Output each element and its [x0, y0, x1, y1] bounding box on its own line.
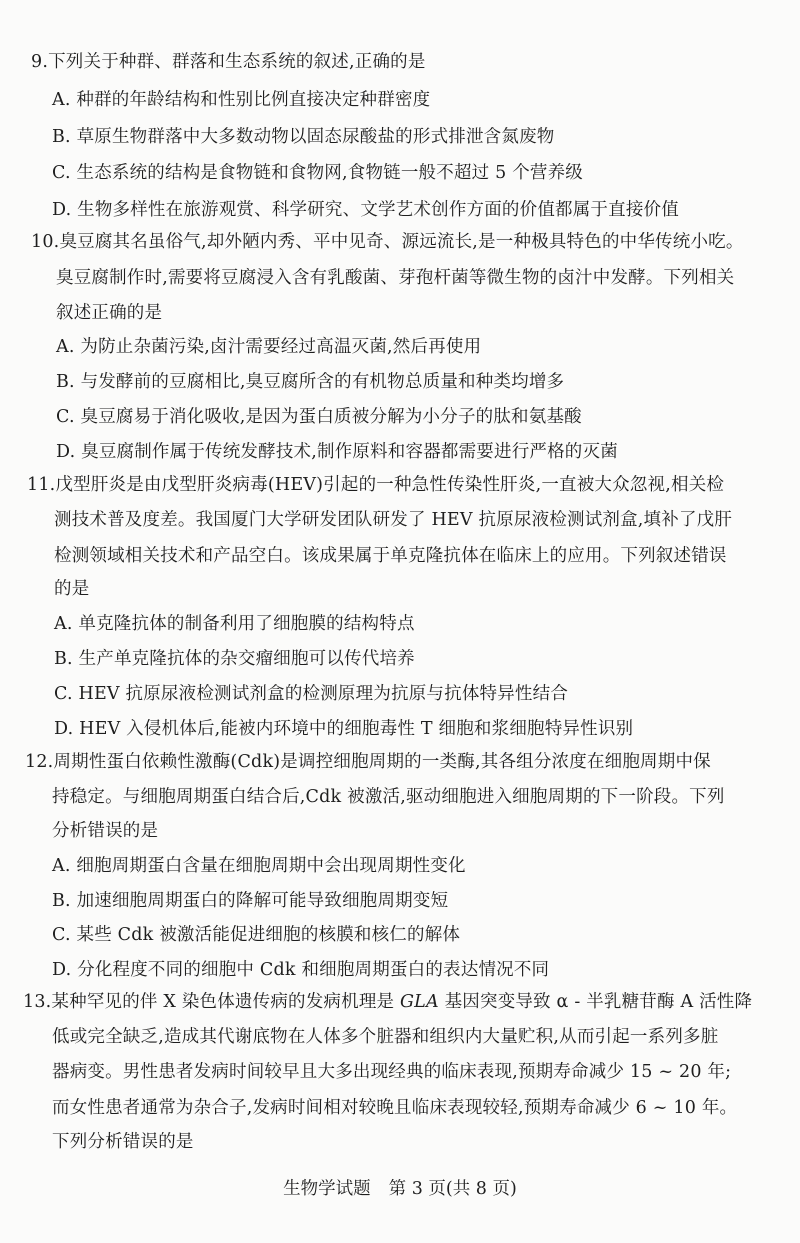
question-11-option-d: D. HEV 入侵机体后,能被内环境中的细胞毒性 T 细胞和浆细胞特异性识别 — [54, 718, 633, 740]
gene-name: GLA — [400, 992, 439, 1012]
question-11-option-a: A. 单克隆抗体的制备利用了细胞膜的结构特点 — [54, 613, 415, 635]
question-number: 12. — [25, 751, 53, 773]
question-number: 13. — [23, 991, 51, 1013]
question-9-option-c: C. 生态系统的结构是食物链和食物网,食物链一般不超过 5 个营养级 — [52, 162, 583, 184]
question-12-option-a: A. 细胞周期蛋白含量在细胞周期中会出现周期性变化 — [52, 855, 466, 877]
question-10-stem-line-2: 臭豆腐制作时,需要将豆腐浸入含有乳酸菌、芽孢杆菌等微生物的卤汁中发酵。下列相关 — [56, 267, 734, 289]
question-13-stem-line-3: 器病变。男性患者发病时间较早且大多出现经典的临床表现,预期寿命减少 15 ~ 2… — [52, 1061, 731, 1083]
question-12-stem-line-2: 持稳定。与细胞周期蛋白结合后,Cdk 被激活,驱动细胞进入细胞周期的下一阶段。下… — [52, 786, 725, 808]
question-10-stem-line-3: 叙述正确的是 — [56, 302, 162, 324]
question-13-stem-line-5: 下列分析错误的是 — [52, 1131, 194, 1153]
question-9-option-d: D. 生物多样性在旅游观赏、科学研究、文学艺术创作方面的价值都属于直接价值 — [52, 199, 679, 221]
question-10-option-a: A. 为防止杂菌污染,卤汁需要经过高温灭菌,然后再使用 — [56, 336, 481, 358]
question-11-stem: 11.戊型肝炎是由戊型肝炎病毒(HEV)引起的一种急性传染性肝炎,一直被大众忽视… — [27, 474, 724, 496]
question-text: 周期性蛋白依赖性激酶(Cdk)是调控细胞周期的一类酶,其各组分浓度在细胞周期中保 — [53, 752, 710, 772]
question-10-stem: 10.臭豆腐其名虽俗气,却外陋内秀、平中见奇、源远流长,是一种极具特色的中华传统… — [31, 231, 744, 253]
question-11-stem-line-3: 检测领域相关技术和产品空白。该成果属于单克隆抗体在临床上的应用。下列叙述错误 — [54, 545, 727, 567]
question-number: 11. — [27, 474, 55, 496]
question-text: 下列关于种群、群落和生态系统的叙述,正确的是 — [48, 52, 425, 72]
question-12-option-c: C. 某些 Cdk 被激活能促进细胞的核膜和核仁的解体 — [52, 924, 460, 946]
question-number: 10. — [31, 231, 59, 253]
footer-subject: 生物学试题 — [283, 1179, 371, 1199]
question-text: 某种罕见的伴 X 染色体遗传病的发病机理是 — [51, 992, 400, 1012]
page-footer: 生物学试题第 3 页(共 8 页) — [0, 1178, 800, 1200]
question-number: 9. — [31, 51, 48, 73]
question-text: 戊型肝炎是由戊型肝炎病毒(HEV)引起的一种急性传染性肝炎,一直被大众忽视,相关… — [55, 475, 724, 495]
question-12-stem-line-3: 分析错误的是 — [52, 820, 158, 842]
question-9-stem: 9.下列关于种群、群落和生态系统的叙述,正确的是 — [31, 51, 426, 73]
footer-page-number: 第 3 页(共 8 页) — [389, 1179, 517, 1199]
exam-page: 9.下列关于种群、群落和生态系统的叙述,正确的是 A. 种群的年龄结构和性别比例… — [0, 0, 800, 1243]
question-13-stem-line-4: 而女性患者通常为杂合子,发病时间相对较晚且临床表现较轻,预期寿命减少 6 ~ 1… — [52, 1097, 737, 1119]
question-9-option-a: A. 种群的年龄结构和性别比例直接决定种群密度 — [52, 89, 430, 111]
question-10-option-c: C. 臭豆腐易于消化吸收,是因为蛋白质被分解为小分子的肽和氨基酸 — [56, 406, 582, 428]
question-13-stem-line-2: 低或完全缺乏,造成其代谢底物在人体多个脏器和组织内大量贮积,从而引起一系列多脏 — [52, 1026, 718, 1048]
question-11-stem-line-2: 测技术普及度差。我国厦门大学研发团队研发了 HEV 抗原尿液检测试剂盒,填补了戊… — [54, 509, 732, 531]
question-9-option-b: B. 草原生物群落中大多数动物以固态尿酸盐的形式排泄含氮废物 — [52, 126, 554, 148]
question-text-continued: 基因突变导致 α - 半乳糖苷酶 A 活性降 — [439, 992, 752, 1012]
question-11-stem-line-4: 的是 — [54, 578, 89, 600]
question-10-option-b: B. 与发酵前的豆腐相比,臭豆腐所含的有机物总质量和种类均增多 — [56, 371, 564, 393]
question-12-option-d: D. 分化程度不同的细胞中 Cdk 和细胞周期蛋白的表达情况不同 — [52, 959, 549, 981]
question-11-option-c: C. HEV 抗原尿液检测试剂盒的检测原理为抗原与抗体特异性结合 — [54, 683, 568, 705]
question-13-stem: 13.某种罕见的伴 X 染色体遗传病的发病机理是 GLA 基因突变导致 α - … — [23, 991, 752, 1013]
question-text: 臭豆腐其名虽俗气,却外陋内秀、平中见奇、源远流长,是一种极具特色的中华传统小吃。 — [59, 232, 743, 252]
question-11-option-b: B. 生产单克隆抗体的杂交瘤细胞可以传代培养 — [54, 648, 415, 670]
question-10-option-d: D. 臭豆腐制作属于传统发酵技术,制作原料和容器都需要进行严格的灭菌 — [56, 441, 618, 463]
question-12-option-b: B. 加速细胞周期蛋白的降解可能导致细胞周期变短 — [52, 890, 448, 912]
question-12-stem: 12.周期性蛋白依赖性激酶(Cdk)是调控细胞周期的一类酶,其各组分浓度在细胞周… — [25, 751, 711, 773]
